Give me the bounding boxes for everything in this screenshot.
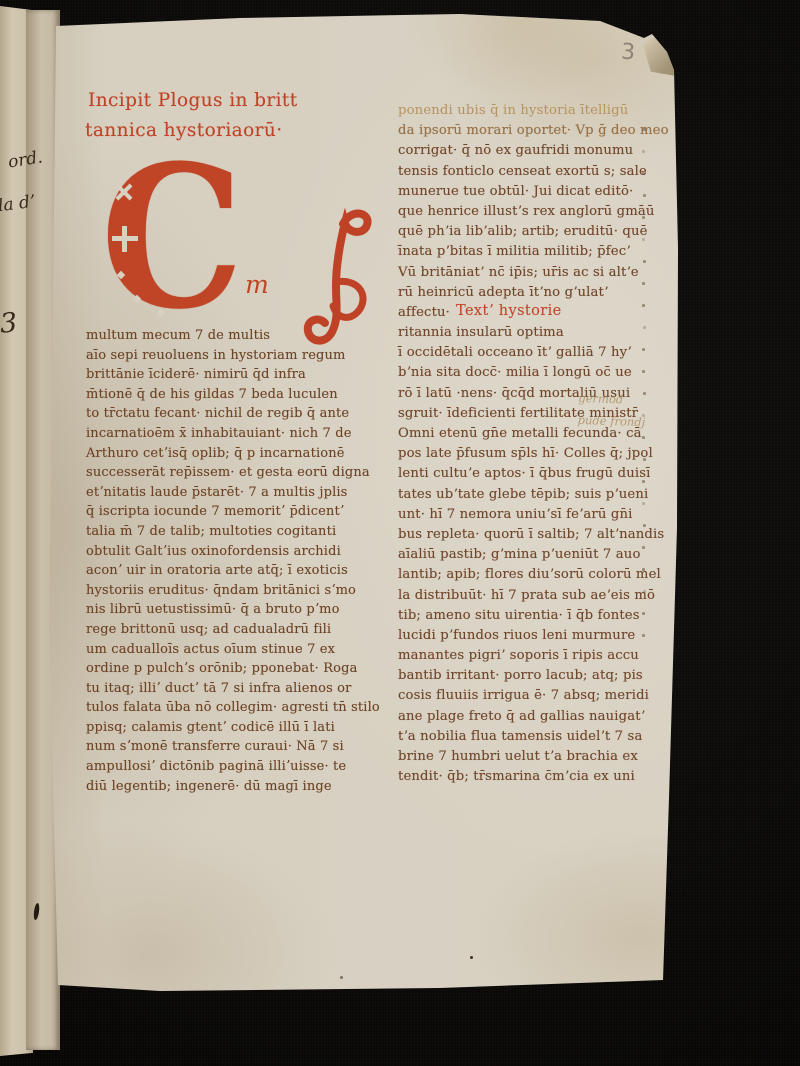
margin-gloss-line: pude frondj <box>577 409 645 433</box>
manuscript-text-line: nis librū uetustissimū· q̄ a bruto pʼmo <box>86 600 396 620</box>
text-column-right: ponendi ubis q̄ in hystoria ītelligūda i… <box>398 101 690 787</box>
manuscript-text-line: aīo sepi reuoluens in hystoriam regum <box>86 346 396 366</box>
manuscript-text-line: lantib; apib; flores diuʼsorū colorū mel <box>398 565 690 585</box>
manuscript-text-line: pos late p̄fusum sp̄ls hī· Colles q̄; jp… <box>398 444 690 464</box>
manuscript-text-line: obtulit Galtʼius oxinofordensis archidi <box>86 542 396 562</box>
manuscript-text-line: corrigat· q̄ nō ex gaufridi monumu <box>398 141 690 161</box>
manuscript-text-line: affectu· <box>398 303 690 323</box>
manuscript-text-line: īnata pʼbitas ī militia militib; p̄fecʼ <box>398 242 690 262</box>
manuscript-text-line: da ipsorū morari oportet· Vp ḡ deo meo <box>398 121 690 141</box>
manuscript-text-line: tendit· q̄b; tr̄smarina c̄mʼcia ex uni <box>398 767 690 787</box>
manuscript-text-line: manantes pigriʼ soporis ī ripis accu <box>398 646 690 666</box>
manuscript-text-line: la distribuūt· hī 7 prata sub aeʼeis mō <box>398 586 690 606</box>
manuscript-text-line: lucidi pʼfundos riuos leni murmure <box>398 626 690 646</box>
manuscript-text-line: multum mecum 7 de multis <box>86 326 396 346</box>
initial-ornament-cross <box>122 226 127 252</box>
manuscript-text-line: ī occidētali occeano ītʼ galliā 7 hyʼ <box>398 343 690 363</box>
manuscript-text-line: lenti cultuʼe aptos· ī q̄bus frugū duisī <box>398 464 690 484</box>
manuscript-text-line: bʼnia sita docc̄· milia ī longū oc̄ ue <box>398 363 690 383</box>
manuscript-text-line: q̄ iscripta iocunde 7 memoritʼ p̄dicentʼ <box>86 502 396 522</box>
manuscript-text-line: ponendi ubis q̄ in hystoria ītelligū <box>398 101 690 121</box>
manuscript-text-line: tʼa nobilia flua tamensis uidelʼt 7 sa <box>398 727 690 747</box>
manuscript-text-line: to tr̄ctatu fecant· nichil de regib q̄ a… <box>86 404 396 424</box>
manuscript-text-line: hystoriis eruditus· q̄ndam britānici sʼm… <box>86 581 396 601</box>
manuscript-text-line: quē phʼia libʼalib; artib; eruditū· quē <box>398 222 690 242</box>
rubric-line-1: Incipit Plogus in britt <box>88 90 298 111</box>
manuscript-text-line: talia m̄ 7 de talib; multoties cogitanti <box>86 522 396 542</box>
manuscript-text-line: num sʼmonē transferre curaui· Nā 7 si <box>86 737 396 757</box>
manuscript-text-line: Omni etenū gn̄e metalli fecunda· cā <box>398 424 690 444</box>
margin-gloss: germodpude frondj <box>577 387 646 433</box>
manuscript-text-line: diū legentib; ingenerē· dū magī inge <box>86 777 396 797</box>
text-column-left: multum mecum 7 de multisaīo sepi reuolue… <box>86 326 396 796</box>
parchment-speck <box>340 976 343 979</box>
manuscript-text-line: tensis fonticlo censeat exortū s; sale <box>398 162 690 182</box>
manuscript-text-line: tib; ameno situ uirentia· ī q̄b fontes <box>398 606 690 626</box>
manuscript-text-line: incarnatioēm x̄ inhabitauiant· nich 7 de <box>86 424 396 444</box>
manuscript-text-line: successerāt rep̄issem· et gesta eorū dig… <box>86 463 396 483</box>
manuscript-text-line: m̄tionē q̄ de his gildas 7 beda luculen <box>86 385 396 405</box>
manuscript-text-line: bantib irritant· porro lacub; atq; pis <box>398 666 690 686</box>
manuscript-text-line: cosis fluuiis irrigua ē· 7 absq; meridi <box>398 686 690 706</box>
manuscript-text-line: unt· hī 7 nemora uniuʼsī feʼarū gn̄i <box>398 505 690 525</box>
manuscript-text-line: munerue tue obtūl· Jui dicat editō· <box>398 182 690 202</box>
manuscript-text-line: aīaliū pastib; gʼmina pʼueniūt 7 auo <box>398 545 690 565</box>
manuscript-text-line: tates ubʼtate glebe tēpib; suis pʼueni <box>398 485 690 505</box>
initial-word-continuation: v m <box>211 270 275 299</box>
leaf-edge-note-3: 3 <box>0 307 19 339</box>
manuscript-text-line: Vū britāniatʼ nc̄ ip̄is; ur̄is ac si alt… <box>398 263 690 283</box>
manuscript-text-line: Arthuro cetʼisq̄ oplib; q̄ p incarnation… <box>86 444 396 464</box>
manuscript-text-line: tulos falata ūba nō collegim· agresti tn… <box>86 698 396 718</box>
manuscript-text-line: brine 7 humbri uelut tʼa brachia ex <box>398 747 690 767</box>
manuscript-text-line: que henrice illustʼs rex anglorū gmāū <box>398 202 690 222</box>
manuscript-text-line: ordine p pulchʼs orōnib; pponebat· Roga <box>86 659 396 679</box>
manuscript-text-line: ritannia insularū optima <box>398 323 690 343</box>
manuscript-text-line: ampullosiʼ dictōnib paginā illiʼuisse· t… <box>86 757 396 777</box>
parchment-speck <box>470 956 473 959</box>
manuscript-text-line: rū heinricū adepta ītʼno gʼulatʼ <box>398 283 690 303</box>
manuscript-text-line: aconʼ uir in oratoria arte atq̄; ī exoti… <box>86 561 396 581</box>
manuscript-text-line: etʼnitatis laude p̄starēt· 7 a multis jp… <box>86 483 396 503</box>
manuscript-text-line: um cadualloīs actus oīum stinue 7 ex <box>86 640 396 660</box>
manuscript-text-line: brittānie īciderē· nimirū q̄d infra <box>86 365 396 385</box>
margin-gloss-line: germod <box>578 387 646 411</box>
manuscript-text-line: bus repleta· quorū ī saltib; 7 altʼnandi… <box>398 525 690 545</box>
manuscript-text-line: ane plage freto q̄ ad gallias nauigatʼ <box>398 707 690 727</box>
manuscript-text-line: rege brittonū usq; ad cadualadrū fili <box>86 620 396 640</box>
manuscript-text-line: ppisq; calamis gtentʼ codicē illū ī lati <box>86 718 396 738</box>
folio-number-pencil: 3 <box>620 40 636 66</box>
manuscript-text-line: tu itaq; illiʼ ductʼ tā 7 si infra alien… <box>86 679 396 699</box>
manuscript-text-line: sgruit· īdeficienti fertilitate ministr̄ <box>398 404 690 424</box>
